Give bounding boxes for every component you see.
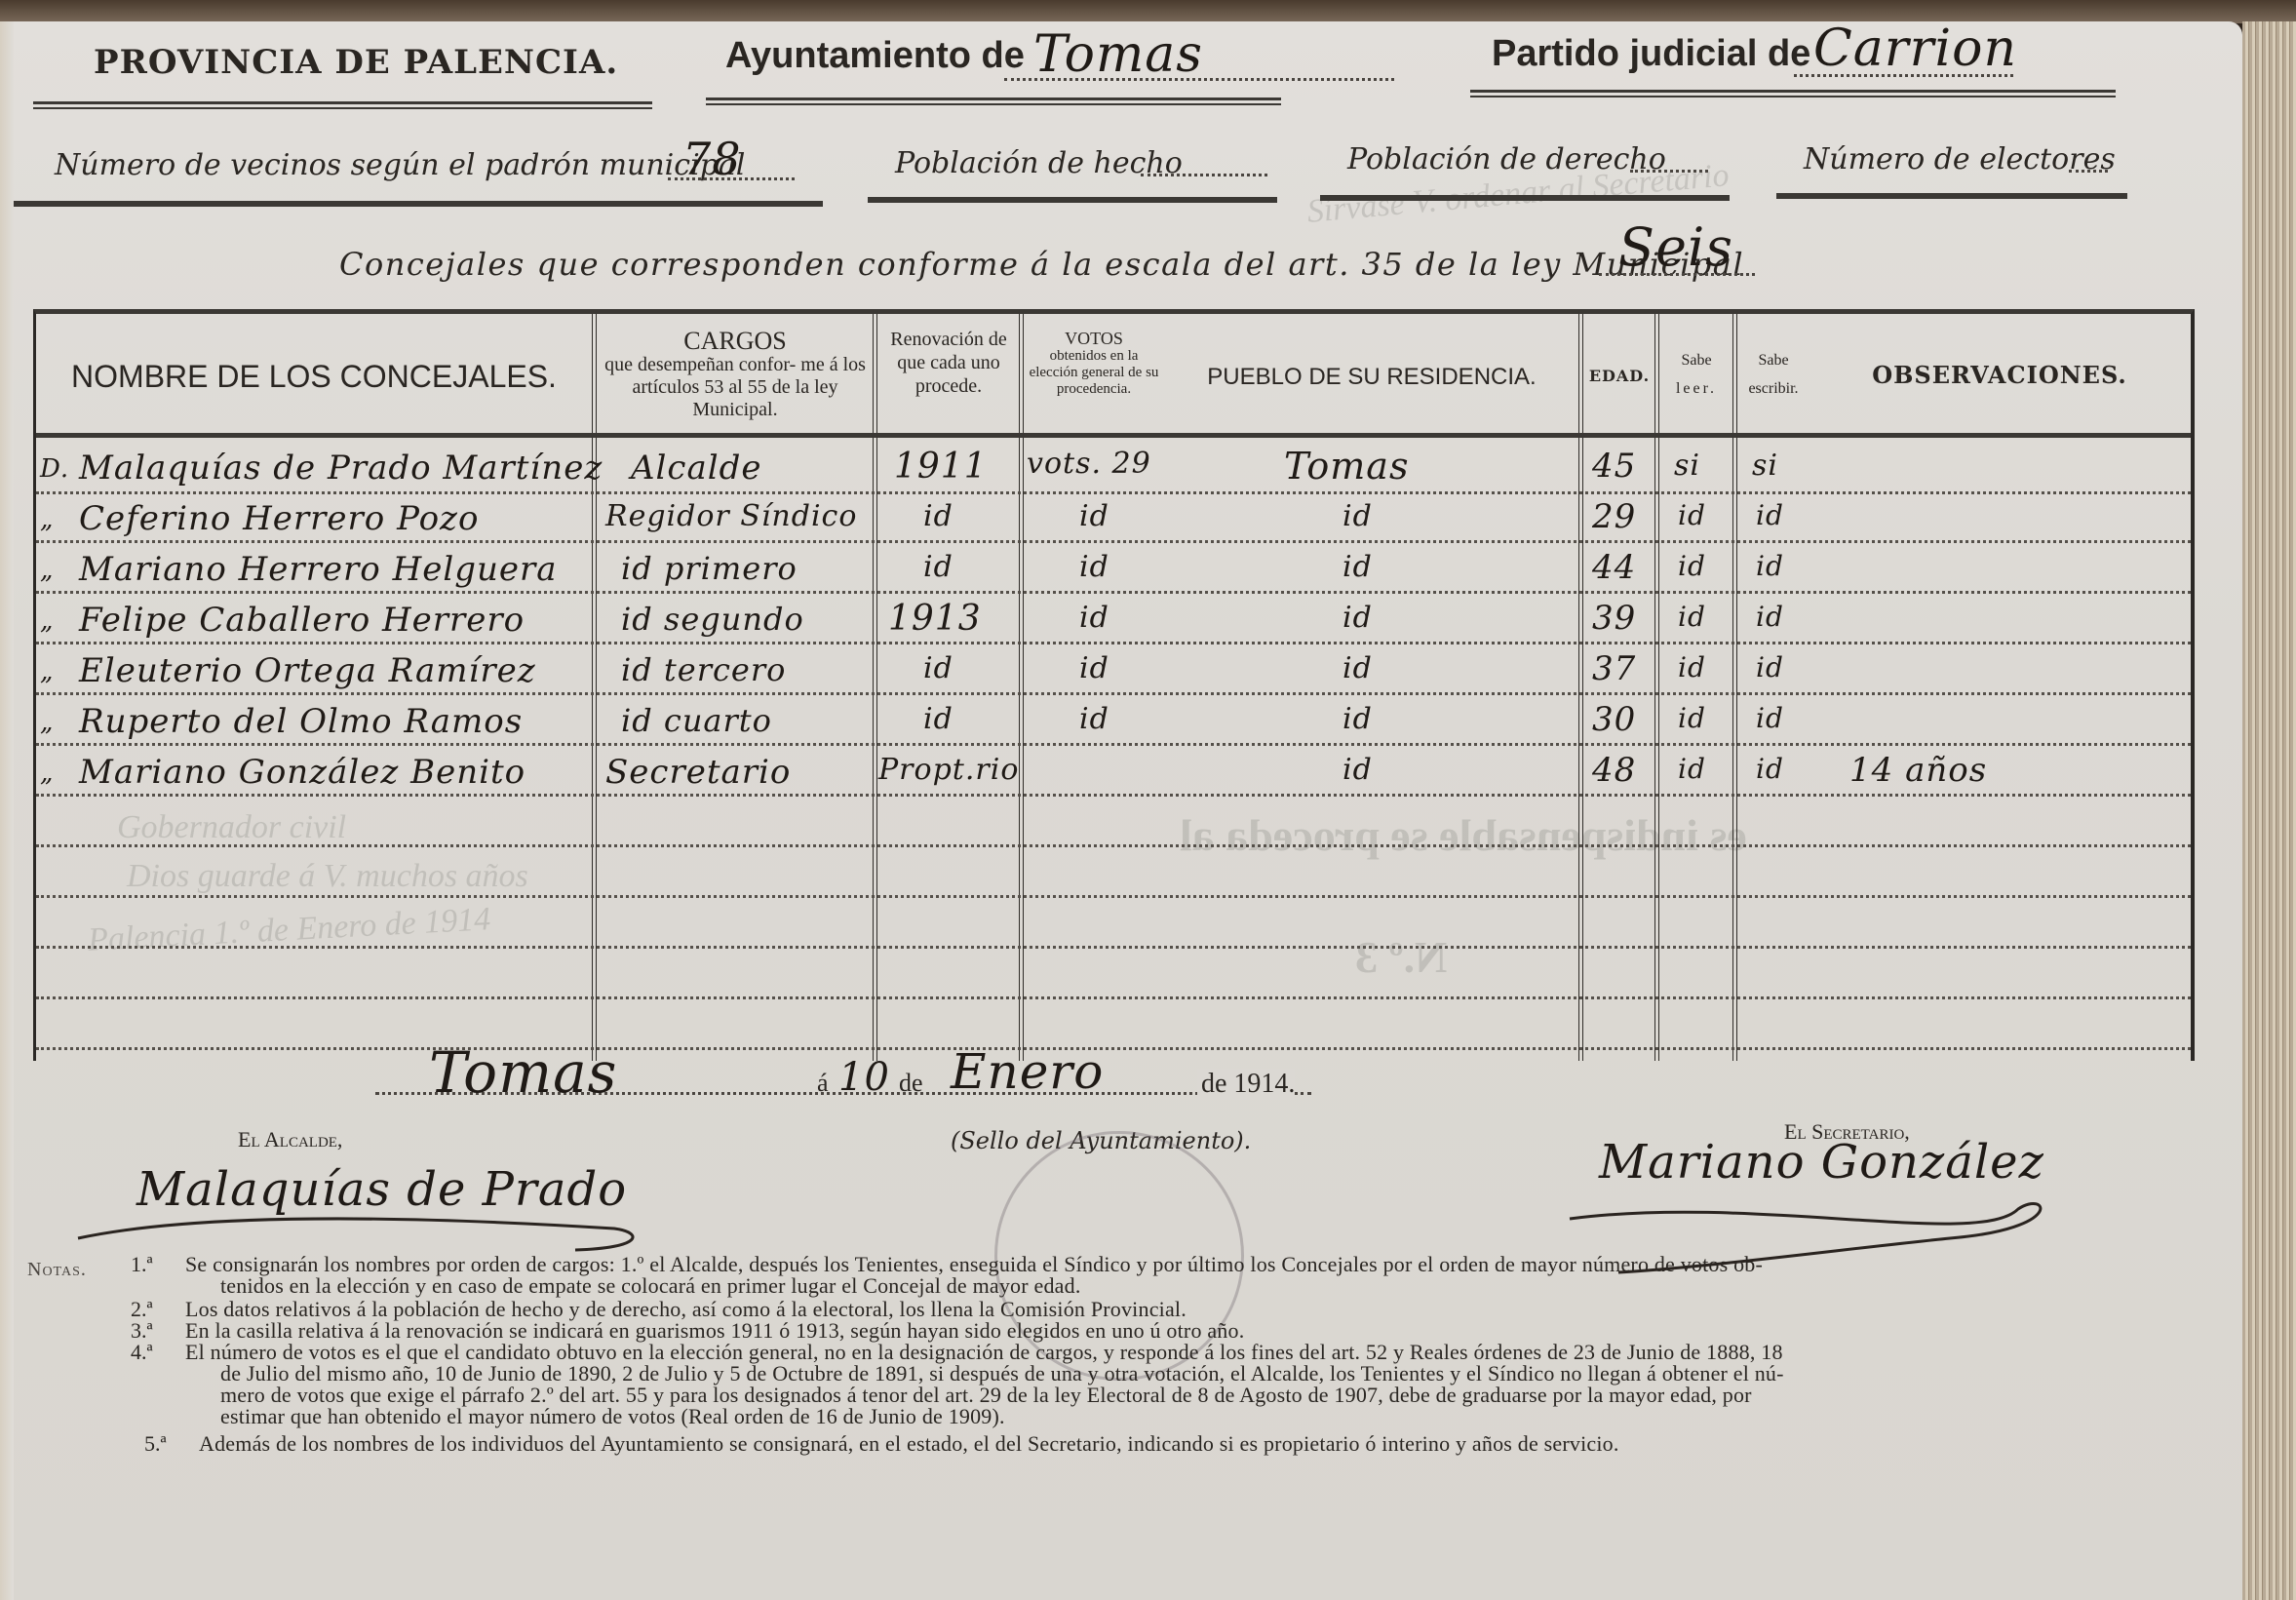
cell-votos: id <box>1079 550 1109 584</box>
column-divider <box>1732 314 1737 1061</box>
divider <box>33 101 652 109</box>
row-prefix: „ <box>40 657 54 686</box>
cell-observaciones: 14 años <box>1849 751 1987 790</box>
header-edad: EDAD. <box>1584 369 1654 385</box>
date-day: 10 <box>838 1055 890 1100</box>
note-text: Además de los nombres de los individuos … <box>199 1431 1619 1457</box>
cell-pueblo: id <box>1343 651 1373 685</box>
cell-votos: vots. 29 <box>1027 447 1151 481</box>
secretario-signature: Mariano González <box>1599 1135 2044 1190</box>
alcalde-label: El Alcalde, <box>238 1127 342 1152</box>
row-prefix: „ <box>40 708 54 737</box>
cell-renovacion: Propt.rio <box>878 753 1019 787</box>
column-divider <box>873 314 877 1061</box>
notes-label: Notas. <box>27 1259 87 1281</box>
cell-leer: id <box>1678 550 1706 582</box>
book-page-edges <box>2242 21 2296 1600</box>
cell-cargo: id cuarto <box>621 702 772 739</box>
cell-leer: id <box>1678 499 1706 531</box>
cell-escribir: id <box>1756 499 1784 531</box>
row-rule <box>36 1047 2191 1050</box>
cell-renovacion: 1911 <box>894 447 988 487</box>
date-place: Tomas <box>429 1039 617 1106</box>
cell-votos: id <box>1079 702 1109 736</box>
row-rule <box>36 996 2191 999</box>
column-divider <box>1654 314 1659 1061</box>
cell-leer: id <box>1678 702 1706 734</box>
poblacion-derecho-label: Población de derecho <box>1347 142 1666 176</box>
cell-cargo: id segundo <box>621 601 804 638</box>
column-divider <box>592 314 597 1061</box>
row-rule <box>36 540 2191 543</box>
page-gutter <box>0 21 14 1600</box>
cell-escribir: id <box>1756 550 1784 582</box>
row-rule <box>36 946 2191 949</box>
note-text: tenidos en la elección y en caso de empa… <box>220 1273 1081 1299</box>
row-rule <box>36 743 2191 746</box>
cell-nombre: Mariano Herrero Helguera <box>79 550 558 589</box>
signature-flourish <box>68 1199 653 1258</box>
cell-renovacion: id <box>923 651 953 685</box>
row-prefix: „ <box>40 759 54 788</box>
cell-pueblo: id <box>1343 753 1373 787</box>
cell-pueblo: id <box>1343 499 1373 533</box>
poblacion-hecho-label: Población de hecho <box>895 146 1183 180</box>
cell-votos: id <box>1079 601 1109 635</box>
note-number: 5.ª <box>144 1431 167 1457</box>
date-month: Enero <box>951 1043 1104 1100</box>
poblacion-hecho-field[interactable] <box>1141 174 1267 176</box>
cell-votos: id <box>1079 651 1109 685</box>
header-sabe-leer-1: Sabe <box>1660 353 1732 370</box>
cell-pueblo: id <box>1343 601 1373 635</box>
partido-label: Partido judicial de <box>1492 33 1810 75</box>
cell-cargo: id tercero <box>621 651 786 688</box>
header-observaciones: OBSERVACIONES. <box>1814 363 2185 387</box>
row-prefix: „ <box>40 556 54 585</box>
cell-edad: 39 <box>1592 599 1636 638</box>
note-text: estimar que han obtenido el mayor número… <box>220 1404 1005 1429</box>
cell-leer: id <box>1678 753 1706 785</box>
cell-pueblo: id <box>1343 702 1373 736</box>
cell-escribir: si <box>1752 449 1778 483</box>
cell-renovacion: id <box>923 499 953 533</box>
cell-nombre: Eleuterio Ortega Ramírez <box>79 651 536 690</box>
header-votos-sub: obtenidos en la elección general de su p… <box>1025 348 1163 399</box>
cell-leer: id <box>1678 651 1706 683</box>
cell-escribir: id <box>1756 601 1784 633</box>
row-rule <box>36 591 2191 594</box>
electores-field[interactable] <box>2069 170 2108 173</box>
note-number: 1.ª <box>131 1252 153 1277</box>
note-number: 4.ª <box>131 1340 153 1365</box>
cell-escribir: id <box>1756 702 1784 734</box>
poblacion-derecho-field[interactable] <box>1630 170 1708 173</box>
header-sabe-leer: Sabe leer. <box>1660 353 1732 398</box>
divider <box>868 197 1277 203</box>
cell-cargo: Secretario <box>605 753 791 792</box>
divider <box>1470 90 2116 98</box>
vecinos-label: Número de vecinos según el padrón munici… <box>55 148 745 182</box>
cell-renovacion: 1913 <box>888 599 982 639</box>
cell-pueblo: id <box>1343 550 1373 584</box>
cell-votos: id <box>1079 499 1109 533</box>
cell-nombre: Ceferino Herrero Pozo <box>79 499 479 538</box>
row-prefix: D. <box>40 454 69 484</box>
row-rule <box>36 844 2191 847</box>
cell-cargo: Alcalde <box>631 449 762 488</box>
row-prefix: „ <box>40 606 54 636</box>
cell-edad: 45 <box>1592 447 1636 486</box>
cell-edad: 44 <box>1592 548 1636 587</box>
concejales-table: NOMBRE DE LOS CONCEJALES. CARGOS que des… <box>33 309 2195 1061</box>
cell-edad: 29 <box>1592 497 1636 536</box>
cell-edad: 48 <box>1592 751 1636 790</box>
cell-nombre: Mariano González Benito <box>79 753 525 792</box>
row-rule <box>36 642 2191 644</box>
row-prefix: „ <box>40 505 54 534</box>
ayuntamiento-value: Tomas <box>1033 25 1203 84</box>
header-votos-title: VOTOS <box>1025 330 1163 348</box>
row-rule <box>36 794 2191 797</box>
partido-value: Carrion <box>1813 20 2017 78</box>
header-votos: VOTOS obtenidos en la elección general d… <box>1025 330 1163 399</box>
header-renovacion: Renovación de que cada uno procede. <box>878 328 1019 398</box>
header-sabe-escribir-2: escribir. <box>1738 381 1809 398</box>
cell-edad: 37 <box>1592 649 1636 688</box>
header-cargos: CARGOS que desempeñan confor- me á los a… <box>598 328 873 421</box>
concejales-label: Concejales que corresponden conforme á l… <box>339 246 1744 283</box>
date-year: de 1914. <box>1197 1069 1295 1100</box>
divider <box>1320 195 1730 201</box>
column-divider <box>1019 314 1024 1061</box>
header-rule <box>36 433 2191 438</box>
row-rule <box>36 692 2191 695</box>
ayuntamiento-label: Ayuntamiento de <box>725 35 1025 77</box>
vecinos-value: 78 <box>682 133 742 185</box>
cell-nombre: Felipe Caballero Herrero <box>79 601 525 640</box>
cell-cargo: id primero <box>621 550 798 587</box>
cell-renovacion: id <box>923 550 953 584</box>
cell-nombre: Malaquías de Prado Martínez <box>79 449 603 488</box>
cell-escribir: id <box>1756 651 1784 683</box>
cell-renovacion: id <box>923 702 953 736</box>
header-sabe-leer-2: leer. <box>1660 381 1732 398</box>
cell-escribir: id <box>1756 753 1784 785</box>
cell-pueblo: Tomas <box>1284 445 1409 488</box>
row-rule <box>36 895 2191 898</box>
divider <box>14 201 823 207</box>
row-rule <box>36 491 2191 494</box>
header-sabe-escribir: Sabe escribir. <box>1738 353 1809 398</box>
header-nombre: NOMBRE DE LOS CONCEJALES. <box>36 361 592 394</box>
date-a: á <box>817 1069 829 1098</box>
date-de: de <box>899 1069 923 1098</box>
cell-leer: id <box>1678 601 1706 633</box>
header-cargos-sub: que desempeñan confor- me á los artículo… <box>598 354 873 421</box>
cell-cargo: Regidor Síndico <box>605 499 857 533</box>
column-divider <box>1578 314 1583 1061</box>
cell-edad: 30 <box>1592 700 1636 739</box>
header-sabe-escribir-1: Sabe <box>1738 353 1809 370</box>
header-pueblo: PUEBLO DE SU RESIDENCIA. <box>1167 365 1576 389</box>
header-cargos-title: CARGOS <box>598 328 873 354</box>
concejales-value: Seis <box>1618 216 1733 278</box>
divider <box>1776 193 2127 199</box>
divider <box>706 98 1281 105</box>
province-title: PROVINCIA DE PALENCIA. <box>94 43 618 82</box>
cell-leer: si <box>1674 449 1700 483</box>
cell-nombre: Ruperto del Olmo Ramos <box>79 702 523 741</box>
